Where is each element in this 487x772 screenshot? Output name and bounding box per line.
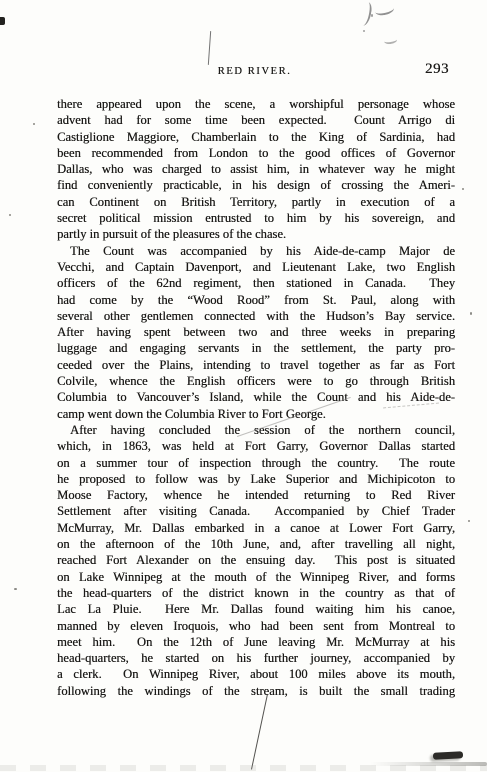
ink-speck-artifact [9, 214, 11, 216]
pencil-smudge-artifact [374, 3, 395, 17]
text-line: Vecchi, and Captain Davenport, and Lieut… [57, 259, 455, 275]
ink-speck-artifact [14, 588, 17, 590]
text-line: been recommended from London to the good… [57, 145, 455, 161]
body-text-block: there appeared upon the scene, a worship… [57, 96, 455, 699]
page-header: RED RIVER. 293 [57, 63, 455, 81]
running-title: RED RIVER. [218, 66, 292, 77]
text-line: had come by the “Wood Rood” from St. Pau… [57, 292, 455, 308]
text-line: After having spent between two and three… [57, 324, 455, 340]
text-line: McMurray, Mr. Dallas embarked in a canoe… [57, 520, 455, 536]
text-line: a clerk. On Winnipeg River, about 100 mi… [57, 666, 455, 682]
ink-blot-artifact [370, 762, 487, 766]
text-line: on Lake Winnipeg at the mouth of the Win… [57, 569, 455, 585]
text-line: The Count was accompanied by his Aide-de… [57, 243, 455, 259]
ink-speck-artifact [371, 14, 373, 17]
page-number: 293 [425, 61, 449, 78]
text-line: ceeded over the Plains, intending to tra… [57, 357, 455, 373]
ink-blot-artifact [433, 751, 463, 760]
text-line: Colvile, whence the English officers wer… [57, 373, 455, 389]
text-line: he proposed to follow was by Lake Superi… [57, 471, 455, 487]
text-line: luggage and engaging servants in the set… [57, 340, 455, 356]
text-line: officers of the 62nd regiment, then stat… [57, 275, 455, 291]
text-line: advent had for some time been expected. … [57, 112, 455, 128]
scratch-line-artifact [251, 694, 268, 770]
ink-speck-artifact [462, 188, 464, 190]
text-line: Castiglione Maggiore, Chamberlain to the… [57, 129, 455, 145]
text-line: find conveniently practicable, in his de… [57, 177, 455, 193]
text-line: on a summer tour of inspection through t… [57, 455, 455, 471]
text-line: Dallas, who was charged to assist him, i… [57, 161, 455, 177]
text-line: Lac La Pluie. Here Mr. Dallas found wait… [57, 601, 455, 617]
text-line: Moose Factory, whence he intended return… [57, 487, 455, 503]
text-line: secret political mission entrusted to hi… [57, 210, 455, 226]
paragraph: The Count was accompanied by his Aide-de… [57, 243, 455, 422]
text-line: partly in pursuit of the pleasures of th… [57, 226, 455, 242]
page-edge-mark-artifact [0, 17, 5, 25]
text-line: head-quarters, he started on his further… [57, 650, 455, 666]
text-line: Settlement after visiting Canada. Accomp… [57, 503, 455, 519]
text-line: camp went down the Columbia River to For… [57, 406, 455, 422]
text-line: there appeared upon the scene, a worship… [57, 96, 455, 112]
text-line: can Continent on British Territory, part… [57, 194, 455, 210]
page-edge-shadow-artifact [0, 765, 487, 771]
book-page-scan: RED RIVER. 293 there appeared upon the s… [0, 0, 487, 772]
scratch-line-artifact [208, 31, 211, 65]
paragraph: there appeared upon the scene, a worship… [57, 96, 455, 243]
text-line: the head-quarters of the district known … [57, 585, 455, 601]
text-line: several other gentlemen connected with t… [57, 308, 455, 324]
text-line: reached Fort Alexander on the ensuing da… [57, 552, 455, 568]
text-line: which, in 1863, was held at Fort Garry, … [57, 438, 455, 454]
pencil-smudge-artifact [384, 36, 398, 45]
text-line: After having concluded the session of th… [57, 422, 455, 438]
ink-speck-artifact [468, 520, 470, 522]
text-line: manned by eleven Iroquois, who had been … [57, 618, 455, 634]
ink-speck-artifact [33, 123, 35, 125]
text-line: following the windings of the stream, is… [57, 683, 455, 699]
text-line: on the afternoon of the 10th June, and, … [57, 536, 455, 552]
ink-speck-artifact [363, 30, 365, 32]
paragraph: After having concluded the session of th… [57, 422, 455, 699]
ink-speck-artifact [470, 312, 472, 315]
pencil-smudge-artifact [358, 1, 373, 26]
text-line: Columbia to Vancouver’s Island, while th… [57, 389, 455, 405]
text-line: meet him. On the 12th of June leaving Mr… [57, 634, 455, 650]
